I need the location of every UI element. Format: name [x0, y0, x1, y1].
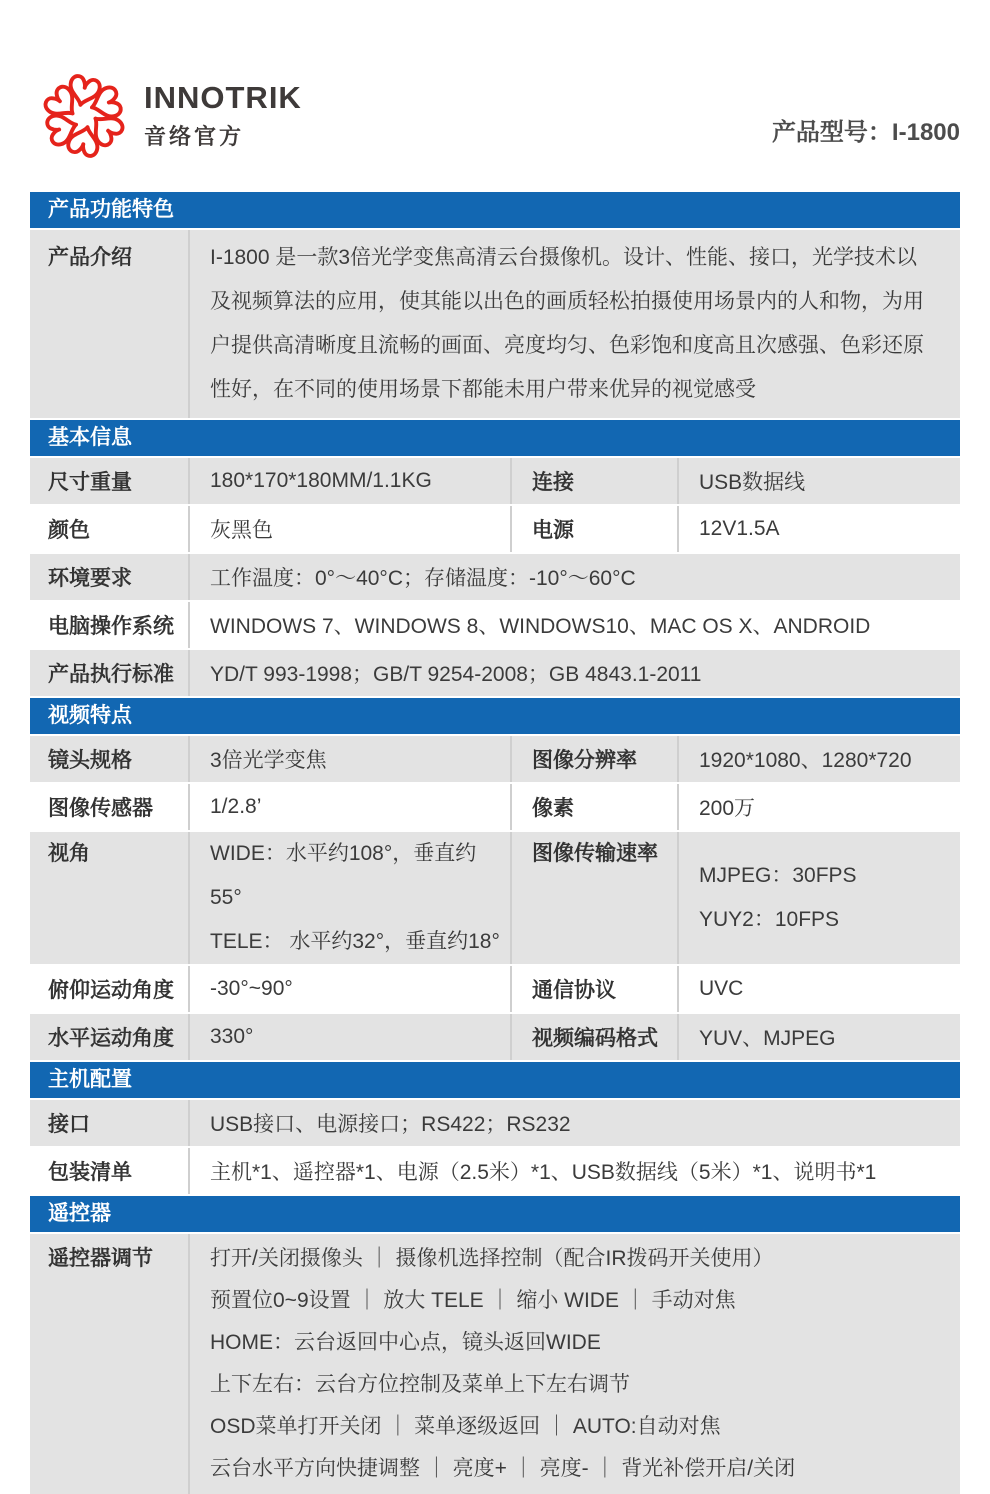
brand-text: INNOTRIK 音络官方 — [144, 82, 302, 151]
spec-label: 环境要求 — [30, 554, 188, 600]
spec-label: 电脑操作系统 — [30, 602, 188, 648]
spec-value: USB接口、电源接口；RS422；RS232 — [188, 1100, 960, 1146]
spec-value: 主机*1、遥控器*1、电源（2.5米）*1、USB数据线（5米）*1、说明书*1 — [188, 1148, 960, 1194]
spec-label: 产品执行标准 — [30, 650, 188, 696]
spec-value: 12V1.5A — [677, 506, 960, 552]
spec-label: 图像分辨率 — [510, 736, 677, 782]
spec-value-line: 上下左右：云台方位控制及菜单上下左右调节 — [210, 1364, 630, 1406]
spec-value: 330° — [188, 1014, 510, 1060]
spec-row-viewangle-framerate: 视角 WIDE：水平约108°，垂直约55° TELE： 水平约32°，垂直约1… — [30, 832, 960, 966]
spec-row-tilt-protocol: 俯仰运动角度 -30°~90° 通信协议 UVC — [30, 966, 960, 1014]
spec-row-lens-resolution: 镜头规格 3倍光学变焦 图像分辨率 1920*1080、1280*720 — [30, 736, 960, 784]
product-spec-page: INNOTRIK 音络官方 产品型号：I-1800 产品功能特色 产品介绍 I-… — [30, 0, 960, 1494]
spec-value: 180*170*180MM/1.1KG — [188, 458, 510, 504]
spec-value: MJPEG：30FPS YUY2：10FPS — [677, 832, 960, 964]
spec-label: 像素 — [510, 784, 677, 830]
spec-value: 1920*1080、1280*720 — [677, 736, 960, 782]
spec-label: 电源 — [510, 506, 677, 552]
spec-value: I-1800 是一款3倍光学变焦高清云台摄像机。设计、性能、接口，光学技术以及视… — [188, 230, 960, 418]
spec-value: WINDOWS 7、WINDOWS 8、WINDOWS10、MAC OS X、A… — [188, 602, 960, 648]
spec-value-line: MJPEG：30FPS — [699, 854, 857, 898]
brand-name: INNOTRIK — [144, 82, 302, 114]
spec-value: 打开/关闭摄像头 ｜ 摄像机选择控制（配合IR拨码开关使用） 预置位0~9设置 … — [188, 1234, 960, 1494]
spec-value-line: TELE： 水平约32°，垂直约18° — [210, 920, 500, 964]
spec-row-size-connection: 尺寸重量 180*170*180MM/1.1KG 连接 USB数据线 — [30, 458, 960, 506]
spec-value: 200万 — [677, 784, 960, 830]
spec-label: 连接 — [510, 458, 677, 504]
spec-label: 视角 — [30, 832, 188, 964]
spec-value: UVC — [677, 966, 960, 1012]
section-header-video-features: 视频特点 — [30, 698, 960, 736]
spec-row-remote-controls: 遥控器调节 打开/关闭摄像头 ｜ 摄像机选择控制（配合IR拨码开关使用） 预置位… — [30, 1234, 960, 1494]
spec-label: 遥控器调节 — [30, 1234, 188, 1494]
spec-value-line: 打开/关闭摄像头 ｜ 摄像机选择控制（配合IR拨码开关使用） — [210, 1238, 774, 1280]
spec-label: 水平运动角度 — [30, 1014, 188, 1060]
spec-value: -30°~90° — [188, 966, 510, 1012]
section-header-features: 产品功能特色 — [30, 192, 960, 230]
spec-value: 灰黑色 — [188, 506, 510, 552]
spec-row-environment: 环境要求 工作温度：0°～40°C；存储温度：-10°～60°C — [30, 554, 960, 602]
spec-value-line: 预置位0~9设置 ｜ 放大 TELE ｜ 缩小 WIDE ｜ 手动对焦 — [210, 1280, 736, 1322]
spec-value: 工作温度：0°～40°C；存储温度：-10°～60°C — [188, 554, 960, 600]
spec-value-line: OSD菜单打开关闭 ｜ 菜单逐级返回 ｜ AUTO:自动对焦 — [210, 1406, 721, 1448]
spec-value: WIDE：水平约108°，垂直约55° TELE： 水平约32°，垂直约18° — [188, 832, 510, 964]
brand-block: INNOTRIK 音络官方 — [40, 72, 302, 160]
spec-value-line: YUY2：10FPS — [699, 898, 839, 942]
spec-row-color-power: 颜色 灰黑色 电源 12V1.5A — [30, 506, 960, 554]
spec-label: 颜色 — [30, 506, 188, 552]
spec-row-os: 电脑操作系统 WINDOWS 7、WINDOWS 8、WINDOWS10、MAC… — [30, 602, 960, 650]
spec-label: 通信协议 — [510, 966, 677, 1012]
spec-label: 尺寸重量 — [30, 458, 188, 504]
page-header: INNOTRIK 音络官方 产品型号：I-1800 — [30, 72, 960, 192]
section-header-remote: 遥控器 — [30, 1196, 960, 1234]
spec-label: 镜头规格 — [30, 736, 188, 782]
spec-row-product-intro: 产品介绍 I-1800 是一款3倍光学变焦高清云台摄像机。设计、性能、接口，光学… — [30, 230, 960, 420]
spec-label: 图像传感器 — [30, 784, 188, 830]
spec-label: 接口 — [30, 1100, 188, 1146]
section-header-host-config: 主机配置 — [30, 1062, 960, 1100]
innotrik-flower-logo-icon — [40, 72, 128, 160]
product-model-label: 产品型号：I-1800 — [772, 112, 960, 147]
spec-value: 3倍光学变焦 — [188, 736, 510, 782]
spec-label: 图像传输速率 — [510, 832, 677, 964]
spec-value-line: HOME：云台返回中心点，镜头返回WIDE — [210, 1322, 601, 1364]
spec-row-pan-encoding: 水平运动角度 330° 视频编码格式 YUV、MJPEG — [30, 1014, 960, 1062]
spec-value-line: 云台水平方向快捷调整 ｜ 亮度+ ｜ 亮度- ｜ 背光补偿开启/关闭 — [210, 1448, 795, 1490]
spec-label: 视频编码格式 — [510, 1014, 677, 1060]
spec-row-standards: 产品执行标准 YD/T 993-1998；GB/T 9254-2008；GB 4… — [30, 650, 960, 698]
spec-label: 俯仰运动角度 — [30, 966, 188, 1012]
spec-row-sensor-pixels: 图像传感器 1/2.8’ 像素 200万 — [30, 784, 960, 832]
spec-value: YUV、MJPEG — [677, 1014, 960, 1060]
spec-value: 1/2.8’ — [188, 784, 510, 830]
spec-row-interfaces: 接口 USB接口、电源接口；RS422；RS232 — [30, 1100, 960, 1148]
spec-value: USB数据线 — [677, 458, 960, 504]
section-header-basic-info: 基本信息 — [30, 420, 960, 458]
brand-subtitle: 音络官方 — [144, 120, 302, 151]
spec-label: 产品介绍 — [30, 230, 188, 418]
spec-label: 包装清单 — [30, 1148, 188, 1194]
spec-value: YD/T 993-1998；GB/T 9254-2008；GB 4843.1-2… — [188, 650, 960, 696]
spec-row-packing-list: 包装清单 主机*1、遥控器*1、电源（2.5米）*1、USB数据线（5米）*1、… — [30, 1148, 960, 1196]
spec-table: 产品功能特色 产品介绍 I-1800 是一款3倍光学变焦高清云台摄像机。设计、性… — [30, 192, 960, 1494]
spec-value-line: WIDE：水平约108°，垂直约55° — [210, 832, 500, 920]
